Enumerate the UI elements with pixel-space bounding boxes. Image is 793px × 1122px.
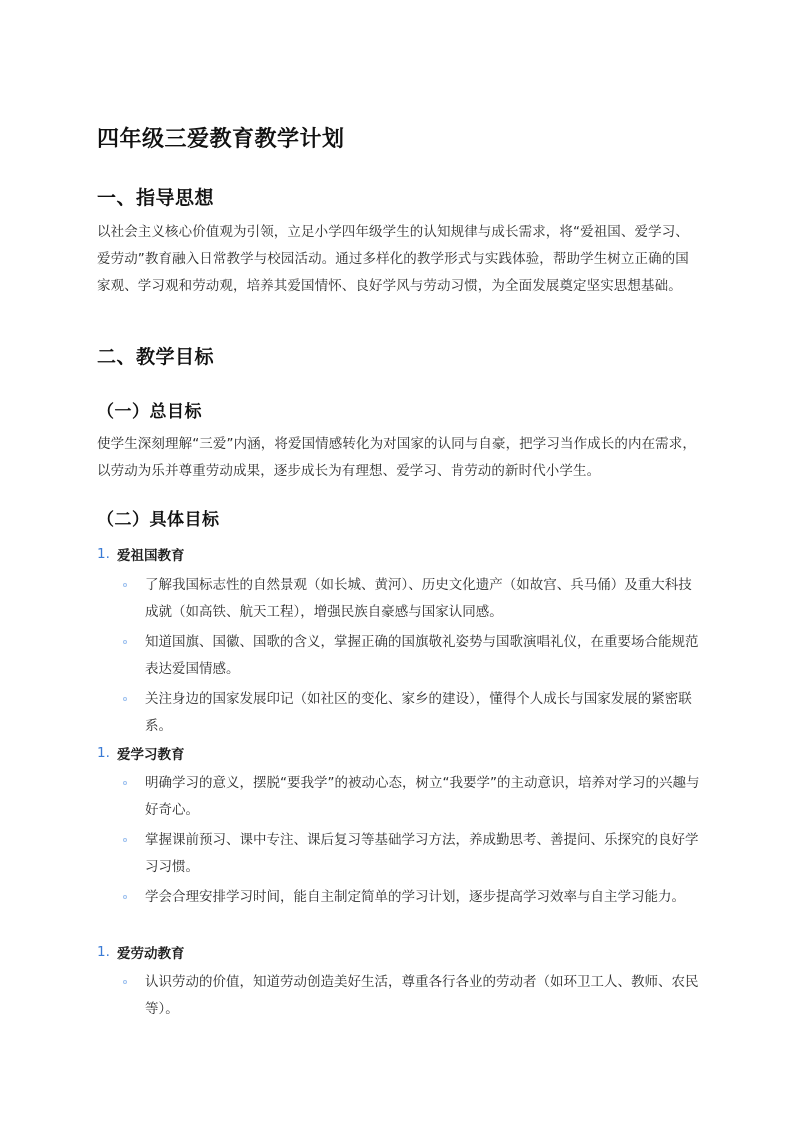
overall-goal-paragraph: 使学生深刻理解“三爱”内涵，将爱国情感转化为对国家的认同与自豪，把学习当作成长的… [97,431,702,485]
bullet-circle-icon [123,838,127,842]
bullet-circle-icon [123,583,127,587]
numbered-item-love-learning: 1. 爱学习教育 [97,743,702,763]
numbered-item-love-country: 1. 爱祖国教育 [97,544,702,564]
bullet-circle-icon [123,895,127,899]
list-number: 1. [97,745,109,761]
list-item: 关注身边的国家发展印记（如社区的变化、家乡的建设），懂得个人成长与国家发展的紧密… [97,686,702,740]
bullet-circle-icon [123,697,127,701]
document-title: 四年级三爱教育教学计划 [97,122,345,153]
list-item: 了解我国标志性的自然景观（如长城、黄河）、历史文化遗产（如故宫、兵马俑）及重大科… [97,572,702,626]
subheading-overall-goal: （一）总目标 [97,397,702,422]
bullet-list-love-learning: 明确学习的意义，摆脱“要我学”的被动心态，树立“我要学”的主动意识，培养对学习的… [97,770,702,914]
bullet-circle-icon [123,640,127,644]
bullet-circle-icon [123,980,127,984]
list-number: 1. [97,546,109,562]
numbered-item-label: 爱劳动教育 [117,942,185,962]
section-heading-guiding-ideology: 一、指导思想 [97,183,702,210]
list-item: 掌握课前预习、课中专注、课后复习等基础学习方法，养成勤思考、善提问、乐探究的良好… [97,827,702,881]
guiding-ideology-paragraph: 以社会主义核心价值观为引领，立足小学四年级学生的认知规律与成长需求，将“爱祖国、… [97,219,702,300]
list-item: 认识劳动的价值，知道劳动创造美好生活，尊重各行各业的劳动者（如环卫工人、教师、农… [97,969,702,1023]
numbered-item-label: 爱祖国教育 [117,544,185,564]
list-item: 明确学习的意义，摆脱“要我学”的被动心态，树立“我要学”的主动意识，培养对学习的… [97,770,702,824]
list-number: 1. [97,944,109,960]
list-item: 学会合理安排学习时间，能自主制定简单的学习计划，逐步提高学习效率与自主学习能力。 [97,884,702,911]
section-heading-teaching-goals: 二、教学目标 [97,342,702,369]
bullet-list-love-labor: 认识劳动的价值，知道劳动创造美好生活，尊重各行各业的劳动者（如环卫工人、教师、农… [97,969,702,1026]
bullet-list-love-country: 了解我国标志性的自然景观（如长城、黄河）、历史文化遗产（如故宫、兵马俑）及重大科… [97,572,702,743]
numbered-item-label: 爱学习教育 [117,743,185,763]
subheading-specific-goals: （二）具体目标 [97,505,702,530]
bullet-circle-icon [123,781,127,785]
numbered-item-love-labor: 1. 爱劳动教育 [97,942,702,962]
list-item: 知道国旗、国徽、国歌的含义，掌握正确的国旗敬礼姿势与国歌演唱礼仪，在重要场合能规… [97,629,702,683]
